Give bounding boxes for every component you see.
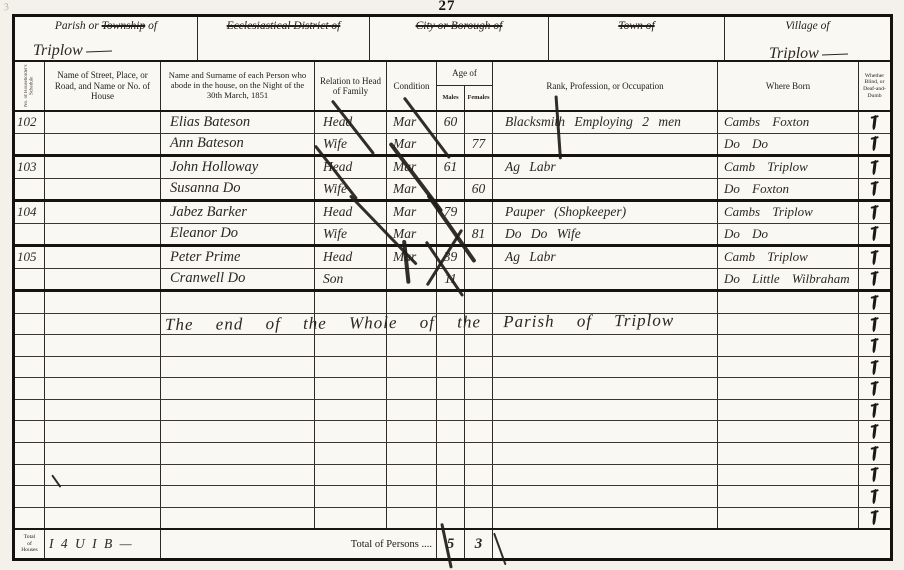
cell-occupation: [493, 357, 718, 378]
city-borough-cell: City or Borough of: [370, 17, 549, 60]
cell-name: Jabez Barker: [161, 202, 315, 223]
cell-relation: [315, 508, 387, 529]
cell-age-male: [437, 224, 465, 245]
cell-street: [45, 443, 161, 464]
cell-street: [45, 465, 161, 486]
cell-blind: [859, 335, 890, 356]
parish-label-post: of: [148, 20, 157, 32]
cell-name: Peter Prime: [161, 247, 315, 268]
cell-schedule-number: 102: [15, 112, 45, 133]
cell-relation: Head: [315, 157, 387, 178]
cell-street: [45, 157, 161, 178]
cell-relation: Wife: [315, 179, 387, 200]
cell-condition: [387, 508, 437, 529]
cell-relation: Head: [315, 202, 387, 223]
cell-age-male: 60: [437, 112, 465, 133]
cell-blind: [859, 269, 890, 290]
cell-age-male: [437, 179, 465, 200]
cell-age-female: [465, 247, 493, 268]
total-females: 3: [465, 530, 493, 558]
cell-age-female: [465, 202, 493, 223]
table-row: [15, 465, 890, 487]
cell-street: [45, 292, 161, 313]
cell-schedule-number: [15, 314, 45, 335]
cell-blind: [859, 357, 890, 378]
cell-where-born: [718, 400, 859, 421]
cell-where-born: [718, 314, 859, 335]
cell-occupation: Blacksmith Employing 2 men: [493, 112, 718, 133]
cell-where-born: Camb Triplow: [718, 157, 859, 178]
cell-relation: [315, 292, 387, 313]
cell-relation: Wife: [315, 134, 387, 155]
table-row: [15, 443, 890, 465]
tally-mark-icon: [872, 403, 877, 418]
cell-schedule-number: [15, 486, 45, 507]
cell-relation: Head: [315, 247, 387, 268]
cell-occupation: [493, 465, 718, 486]
cell-condition: [387, 443, 437, 464]
header-females: Females: [465, 86, 492, 110]
cell-age-male: 79: [437, 202, 465, 223]
cell-name: Elias Bateson: [161, 112, 315, 133]
cell-age-male: [437, 508, 465, 529]
cell-street: [45, 486, 161, 507]
cell-age-male: 11: [437, 269, 465, 290]
cell-age-male: [437, 443, 465, 464]
cell-name: [161, 335, 315, 356]
cell-schedule-number: [15, 421, 45, 442]
cell-blind: [859, 465, 890, 486]
cell-age-female: [465, 465, 493, 486]
cell-street: [45, 224, 161, 245]
table-row: Cranwell Do Son 11 Do Little Wilbraham: [15, 269, 890, 293]
header-blind: Whether Blind, or Deaf-and-Dumb: [859, 62, 890, 110]
cell-age-female: [465, 508, 493, 529]
cell-blind: [859, 179, 890, 200]
cell-relation: [315, 314, 387, 335]
town-cell: Town of: [549, 17, 725, 60]
tally-mark-icon: [872, 205, 877, 220]
cell-schedule-number: 103: [15, 157, 45, 178]
cell-relation: Head: [315, 112, 387, 133]
cell-street: [45, 269, 161, 290]
cell-age-male: [437, 378, 465, 399]
cell-street: [45, 421, 161, 442]
cell-condition: [387, 486, 437, 507]
tally-mark-icon: [872, 115, 877, 130]
town-label: Town of: [549, 20, 724, 32]
cell-schedule-number: 104: [15, 202, 45, 223]
table-row: Eleanor Do Wife Mar 81 Do Do Wife Do Do: [15, 224, 890, 248]
cell-condition: Mar: [387, 247, 437, 268]
cell-condition: Mar: [387, 134, 437, 155]
cell-age-male: [437, 400, 465, 421]
census-page: 27 3 Parish or Township of Triplow Eccle…: [0, 0, 904, 570]
cell-age-male: [437, 292, 465, 313]
header-condition: Condition: [387, 62, 437, 110]
cell-age-female: [465, 421, 493, 442]
cell-where-born: [718, 465, 859, 486]
cell-relation: [315, 486, 387, 507]
cell-where-born: [718, 292, 859, 313]
cell-relation: [315, 357, 387, 378]
total-persons-label: Total of Persons ....: [161, 530, 437, 558]
cell-where-born: [718, 486, 859, 507]
cell-street: [45, 335, 161, 356]
cell-age-female: [465, 269, 493, 290]
cell-condition: Mar: [387, 157, 437, 178]
cell-name: Cranwell Do: [161, 269, 315, 290]
cell-street: [45, 112, 161, 133]
tally-mark-icon: [872, 467, 877, 482]
table-row: [15, 357, 890, 379]
cell-age-male: 61: [437, 157, 465, 178]
cell-condition: Mar: [387, 224, 437, 245]
cell-age-male: [437, 357, 465, 378]
table-row: 103 John Holloway Head Mar 61 Ag Labr Ca…: [15, 157, 890, 179]
cell-street: [45, 357, 161, 378]
cell-where-born: Do Do: [718, 134, 859, 155]
tally-mark-icon: [872, 226, 877, 241]
cell-blind: [859, 292, 890, 313]
summary-row: Total of Houses I 4 U I B — Total of Per…: [15, 528, 890, 558]
tally-mark-icon: [872, 338, 877, 353]
village-cell: Village of Triplow: [725, 17, 890, 60]
cell-schedule-number: [15, 224, 45, 245]
cell-condition: [387, 378, 437, 399]
table-row: [15, 335, 890, 357]
cell-age-male: [437, 421, 465, 442]
cell-age-male: [437, 465, 465, 486]
cell-age-female: [465, 157, 493, 178]
header-schedule: No. of Householder's Schedule: [15, 62, 45, 110]
top-band: Parish or Township of Triplow Ecclesiast…: [15, 17, 890, 62]
tally-mark-icon: [872, 295, 877, 310]
cell-name: Susanna Do: [161, 179, 315, 200]
header-names: Name and Surname of each Person who abod…: [161, 62, 315, 110]
cell-age-female: [465, 486, 493, 507]
cell-where-born: Camb Triplow: [718, 247, 859, 268]
city-borough-label: City or Borough of: [370, 20, 548, 32]
table-row: 105 Peter Prime Head Mar 39 Ag Labr Camb…: [15, 247, 890, 269]
cell-street: [45, 314, 161, 335]
cell-condition: Mar: [387, 112, 437, 133]
parish-cell: Parish or Township of Triplow: [15, 17, 198, 60]
cell-schedule-number: [15, 292, 45, 313]
cell-age-male: [437, 335, 465, 356]
tally-mark-icon: [872, 160, 877, 175]
cell-relation: [315, 378, 387, 399]
tally-mark-icon: [872, 381, 877, 396]
cell-schedule-number: [15, 269, 45, 290]
cell-age-male: [437, 134, 465, 155]
cell-where-born: Cambs Triplow: [718, 202, 859, 223]
cell-blind: [859, 112, 890, 133]
cell-occupation: [493, 314, 718, 335]
cell-age-male: 39: [437, 247, 465, 268]
cell-schedule-number: [15, 508, 45, 529]
cell-blind: [859, 224, 890, 245]
cell-where-born: [718, 357, 859, 378]
total-houses-value: I 4 U I B —: [45, 530, 161, 558]
cell-age-female: 60: [465, 179, 493, 200]
census-table: Parish or Township of Triplow Ecclesiast…: [12, 14, 893, 561]
cell-blind: [859, 421, 890, 442]
cell-condition: [387, 357, 437, 378]
cell-schedule-number: [15, 443, 45, 464]
header-street: Name of Street, Place, or Road, and Name…: [45, 62, 161, 110]
cell-name: John Holloway: [161, 157, 315, 178]
cell-age-female: 77: [465, 134, 493, 155]
cell-street: [45, 179, 161, 200]
table-row: [15, 292, 890, 314]
cell-relation: Wife: [315, 224, 387, 245]
table-row: 104 Jabez Barker Head Mar 79 Pauper (Sho…: [15, 202, 890, 224]
cell-occupation: [493, 335, 718, 356]
cell-condition: [387, 269, 437, 290]
header-age-group: Age of Males Females: [437, 62, 493, 110]
cell-schedule-number: [15, 465, 45, 486]
cell-name: Ann Bateson: [161, 134, 315, 155]
ecclesiastical-cell: Ecclesiastical District of: [198, 17, 370, 60]
cell-name: [161, 400, 315, 421]
cell-occupation: Ag Labr: [493, 247, 718, 268]
cell-condition: [387, 465, 437, 486]
cell-occupation: [493, 378, 718, 399]
tally-mark-icon: [872, 181, 877, 196]
cell-age-female: [465, 400, 493, 421]
cell-relation: [315, 421, 387, 442]
tally-mark-icon: [872, 271, 877, 286]
parish-label: Parish or Township of: [15, 20, 197, 32]
cell-blind: [859, 134, 890, 155]
cell-where-born: [718, 335, 859, 356]
cell-name: [161, 465, 315, 486]
cell-street: [45, 134, 161, 155]
header-males: Males: [437, 86, 465, 110]
cell-schedule-number: [15, 179, 45, 200]
cell-where-born: Cambs Foxton: [718, 112, 859, 133]
cell-blind: [859, 247, 890, 268]
cell-condition: Mar: [387, 179, 437, 200]
parish-label-struck: Township: [102, 20, 146, 32]
cell-condition: [387, 400, 437, 421]
table-row: 102 Elias Bateson Head Mar 60 Blacksmith…: [15, 112, 890, 134]
cell-name: [161, 486, 315, 507]
cell-occupation: [493, 421, 718, 442]
cell-street: [45, 378, 161, 399]
cell-age-female: [465, 112, 493, 133]
tally-mark-icon: [872, 424, 877, 439]
cell-age-female: 81: [465, 224, 493, 245]
cell-where-born: Do Do: [718, 224, 859, 245]
page-number: 27: [0, 0, 894, 15]
tally-mark-icon: [872, 446, 877, 461]
cell-blind: [859, 202, 890, 223]
cell-name: [161, 421, 315, 442]
cell-occupation: [493, 134, 718, 155]
cell-relation: [315, 465, 387, 486]
cell-occupation: [493, 508, 718, 529]
cell-age-female: [465, 443, 493, 464]
village-label: Village of: [725, 20, 890, 32]
cell-blind: [859, 486, 890, 507]
cell-schedule-number: 105: [15, 247, 45, 268]
cell-occupation: [493, 443, 718, 464]
cell-condition: [387, 292, 437, 313]
cell-name: [161, 357, 315, 378]
cell-age-female: [465, 314, 493, 335]
table-row: [15, 508, 890, 529]
cell-relation: [315, 443, 387, 464]
cell-schedule-number: [15, 134, 45, 155]
cell-age-female: [465, 292, 493, 313]
cell-schedule-number: [15, 357, 45, 378]
table-row: Susanna Do Wife Mar 60 Do Foxton: [15, 179, 890, 203]
cell-where-born: Do Foxton: [718, 179, 859, 200]
parish-value: Triplow: [33, 42, 112, 60]
cell-blind: [859, 400, 890, 421]
cell-schedule-number: [15, 400, 45, 421]
summary-empty: [493, 530, 890, 558]
column-headers: No. of Householder's Schedule Name of St…: [15, 62, 890, 112]
cell-name: [161, 378, 315, 399]
cell-occupation: Pauper (Shopkeeper): [493, 202, 718, 223]
table-row: [15, 400, 890, 422]
cell-blind: [859, 508, 890, 529]
cell-schedule-number: [15, 335, 45, 356]
header-age: Age of: [437, 62, 492, 86]
table-row: [15, 486, 890, 508]
cell-street: [45, 202, 161, 223]
header-relation: Relation to Head of Family: [315, 62, 387, 110]
cell-occupation: Do Do Wife: [493, 224, 718, 245]
parish-label-pre: Parish or: [55, 20, 99, 32]
table-row: [15, 314, 890, 336]
cell-occupation: [493, 400, 718, 421]
table-row: [15, 421, 890, 443]
tally-mark-icon: [872, 510, 877, 525]
header-occupation: Rank, Profession, or Occupation: [493, 62, 718, 110]
cell-condition: [387, 421, 437, 442]
cell-name: [161, 508, 315, 529]
cell-street: [45, 508, 161, 529]
cell-blind: [859, 314, 890, 335]
cell-blind: [859, 378, 890, 399]
cell-street: [45, 400, 161, 421]
header-schedule-label: No. of Householder's Schedule: [24, 63, 35, 109]
tally-mark-icon: [872, 250, 877, 265]
ecclesiastical-label: Ecclesiastical District of: [198, 20, 369, 32]
village-value: Triplow: [769, 45, 848, 63]
cell-relation: [315, 400, 387, 421]
cell-occupation: [493, 269, 718, 290]
cell-where-born: [718, 421, 859, 442]
cell-condition: [387, 314, 437, 335]
cell-street: [45, 247, 161, 268]
table-row: [15, 378, 890, 400]
cell-relation: [315, 335, 387, 356]
cell-occupation: [493, 292, 718, 313]
total-males: 5: [437, 530, 465, 558]
cell-occupation: [493, 486, 718, 507]
cell-age-male: [437, 486, 465, 507]
cell-name: [161, 314, 315, 335]
cell-where-born: [718, 443, 859, 464]
cell-condition: Mar: [387, 202, 437, 223]
cell-age-female: [465, 357, 493, 378]
tally-mark-icon: [872, 316, 877, 331]
header-where-born: Where Born: [718, 62, 859, 110]
cell-schedule-number: [15, 378, 45, 399]
cell-condition: [387, 335, 437, 356]
cell-age-female: [465, 378, 493, 399]
cell-occupation: [493, 179, 718, 200]
table-body: The end of the Whole of the Parish of Tr…: [15, 112, 890, 528]
cell-blind: [859, 443, 890, 464]
cell-occupation: Ag Labr: [493, 157, 718, 178]
table-row: Ann Bateson Wife Mar 77 Do Do: [15, 134, 890, 158]
cell-age-female: [465, 335, 493, 356]
cell-name: [161, 292, 315, 313]
cell-blind: [859, 157, 890, 178]
total-houses-label: Total of Houses: [15, 530, 45, 558]
cell-relation: Son: [315, 269, 387, 290]
tally-mark-icon: [872, 136, 877, 151]
cell-where-born: Do Little Wilbraham: [718, 269, 859, 290]
cell-where-born: [718, 378, 859, 399]
cell-where-born: [718, 508, 859, 529]
cell-name: Eleanor Do: [161, 224, 315, 245]
tally-mark-icon: [872, 359, 877, 374]
cell-name: [161, 443, 315, 464]
tally-mark-icon: [872, 489, 877, 504]
cell-age-male: [437, 314, 465, 335]
